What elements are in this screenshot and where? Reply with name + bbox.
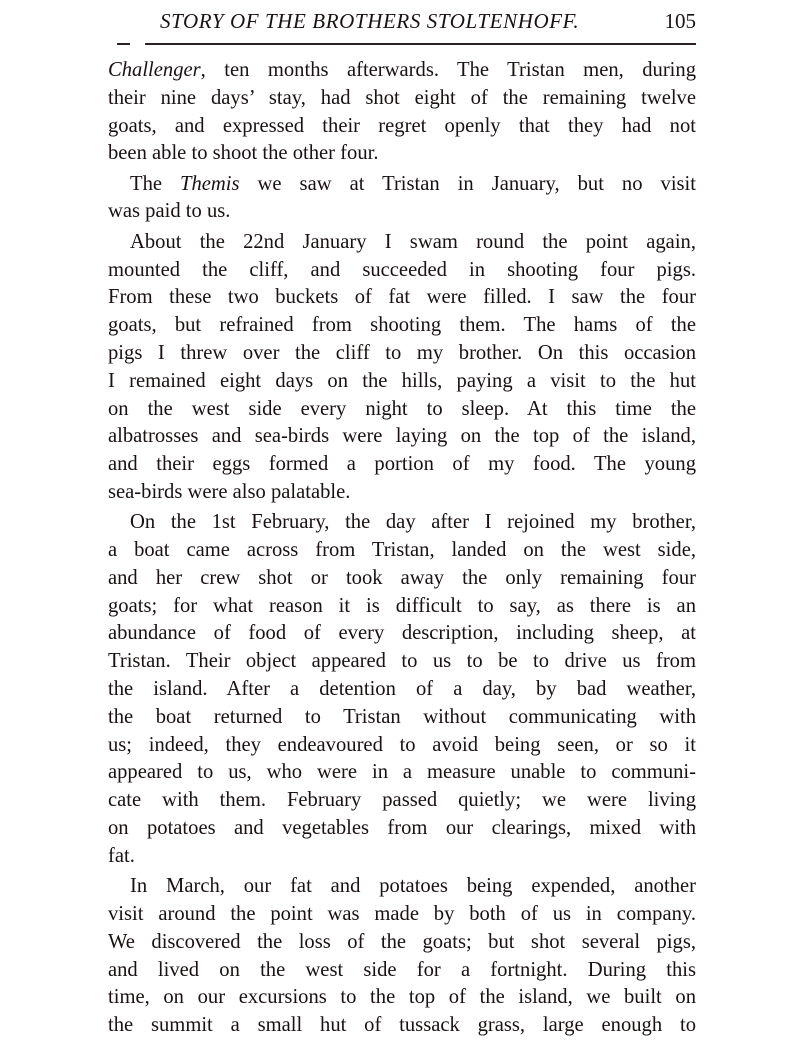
text-line: Tristan. Their object appeared to us to … <box>108 648 696 676</box>
text-line: abundance of food of every description, … <box>108 620 696 648</box>
text-line: I remained eight days on the hills, payi… <box>108 368 696 396</box>
text-line: fat. <box>108 843 696 871</box>
text-line: goats; for what reason it is difficult t… <box>108 593 696 621</box>
text-line: and their eggs formed a portion of my fo… <box>108 451 696 479</box>
header-rule-dash <box>117 43 130 45</box>
paragraph: About the 22nd January I swam round the … <box>108 229 696 507</box>
text-line: visit around the point was made by both … <box>108 901 696 929</box>
text-line: a boat came across from Tristan, landed … <box>108 537 696 565</box>
header-rule <box>117 43 696 45</box>
ship-name-themis: Themis <box>180 173 240 195</box>
text-line: and her crew shot or took away the only … <box>108 565 696 593</box>
text-line: albatrosses and sea-birds were laying on… <box>108 423 696 451</box>
text-line: the boat returned to Tristan without com… <box>108 704 696 732</box>
text-line: We discovered the loss of the goats; but… <box>108 929 696 957</box>
paragraph: On the 1st February, the day after I rej… <box>108 509 696 870</box>
text-line: mounted the cliff, and succeeded in shoo… <box>108 257 696 285</box>
text-line: About the 22nd January I swam round the … <box>108 229 696 257</box>
text-line: the island. After a detention of a day, … <box>108 676 696 704</box>
text-line: cate with them. February passed quietly;… <box>108 787 696 815</box>
text-line: In March, our fat and potatoes being exp… <box>108 873 696 901</box>
text-line: us; indeed, they endeavoured to avoid be… <box>108 732 696 760</box>
paragraph: Challenger, ten months afterwards. The T… <box>108 57 696 168</box>
paragraph: In March, our fat and potatoes being exp… <box>108 873 696 1040</box>
text-line: Challenger, ten months afterwards. The T… <box>108 57 696 85</box>
text-line: On the 1st February, the day after I rej… <box>108 509 696 537</box>
body-text: Challenger, ten months afterwards. The T… <box>108 57 696 1042</box>
text-line: goats, and expressed their regret openly… <box>108 113 696 141</box>
text-line: on the west side every night to sleep. A… <box>108 396 696 424</box>
text-line: the summit a small hut of tussack grass,… <box>108 1012 696 1040</box>
page-number: 105 <box>665 9 697 34</box>
running-header: STORY OF THE BROTHERS STOLTENHOFF. 105 <box>108 9 696 39</box>
ship-name-challenger: Challenger <box>108 59 201 81</box>
text-line: appeared to us, who were in a measure un… <box>108 759 696 787</box>
text-line: was paid to us. <box>108 198 696 226</box>
text-line: and lived on the west side for a fortnig… <box>108 957 696 985</box>
text-line: From these two buckets of fat were fille… <box>108 284 696 312</box>
paragraph: The Themis we saw at Tristan in January,… <box>108 171 696 227</box>
text-line: time, on our excursions to the top of th… <box>108 984 696 1012</box>
text-line: been able to shoot the other four. <box>108 140 696 168</box>
text-line: on potatoes and vegetables from our clea… <box>108 815 696 843</box>
running-title: STORY OF THE BROTHERS STOLTENHOFF. <box>160 9 579 34</box>
text-line: their nine days’ stay, had shot eight of… <box>108 85 696 113</box>
header-rule-line <box>145 43 696 45</box>
text-line: goats, but refrained from shooting them.… <box>108 312 696 340</box>
text-line: sea-birds were also palatable. <box>108 479 696 507</box>
text-line: pigs I threw over the cliff to my brothe… <box>108 340 696 368</box>
text-line: The Themis we saw at Tristan in January,… <box>108 171 696 199</box>
